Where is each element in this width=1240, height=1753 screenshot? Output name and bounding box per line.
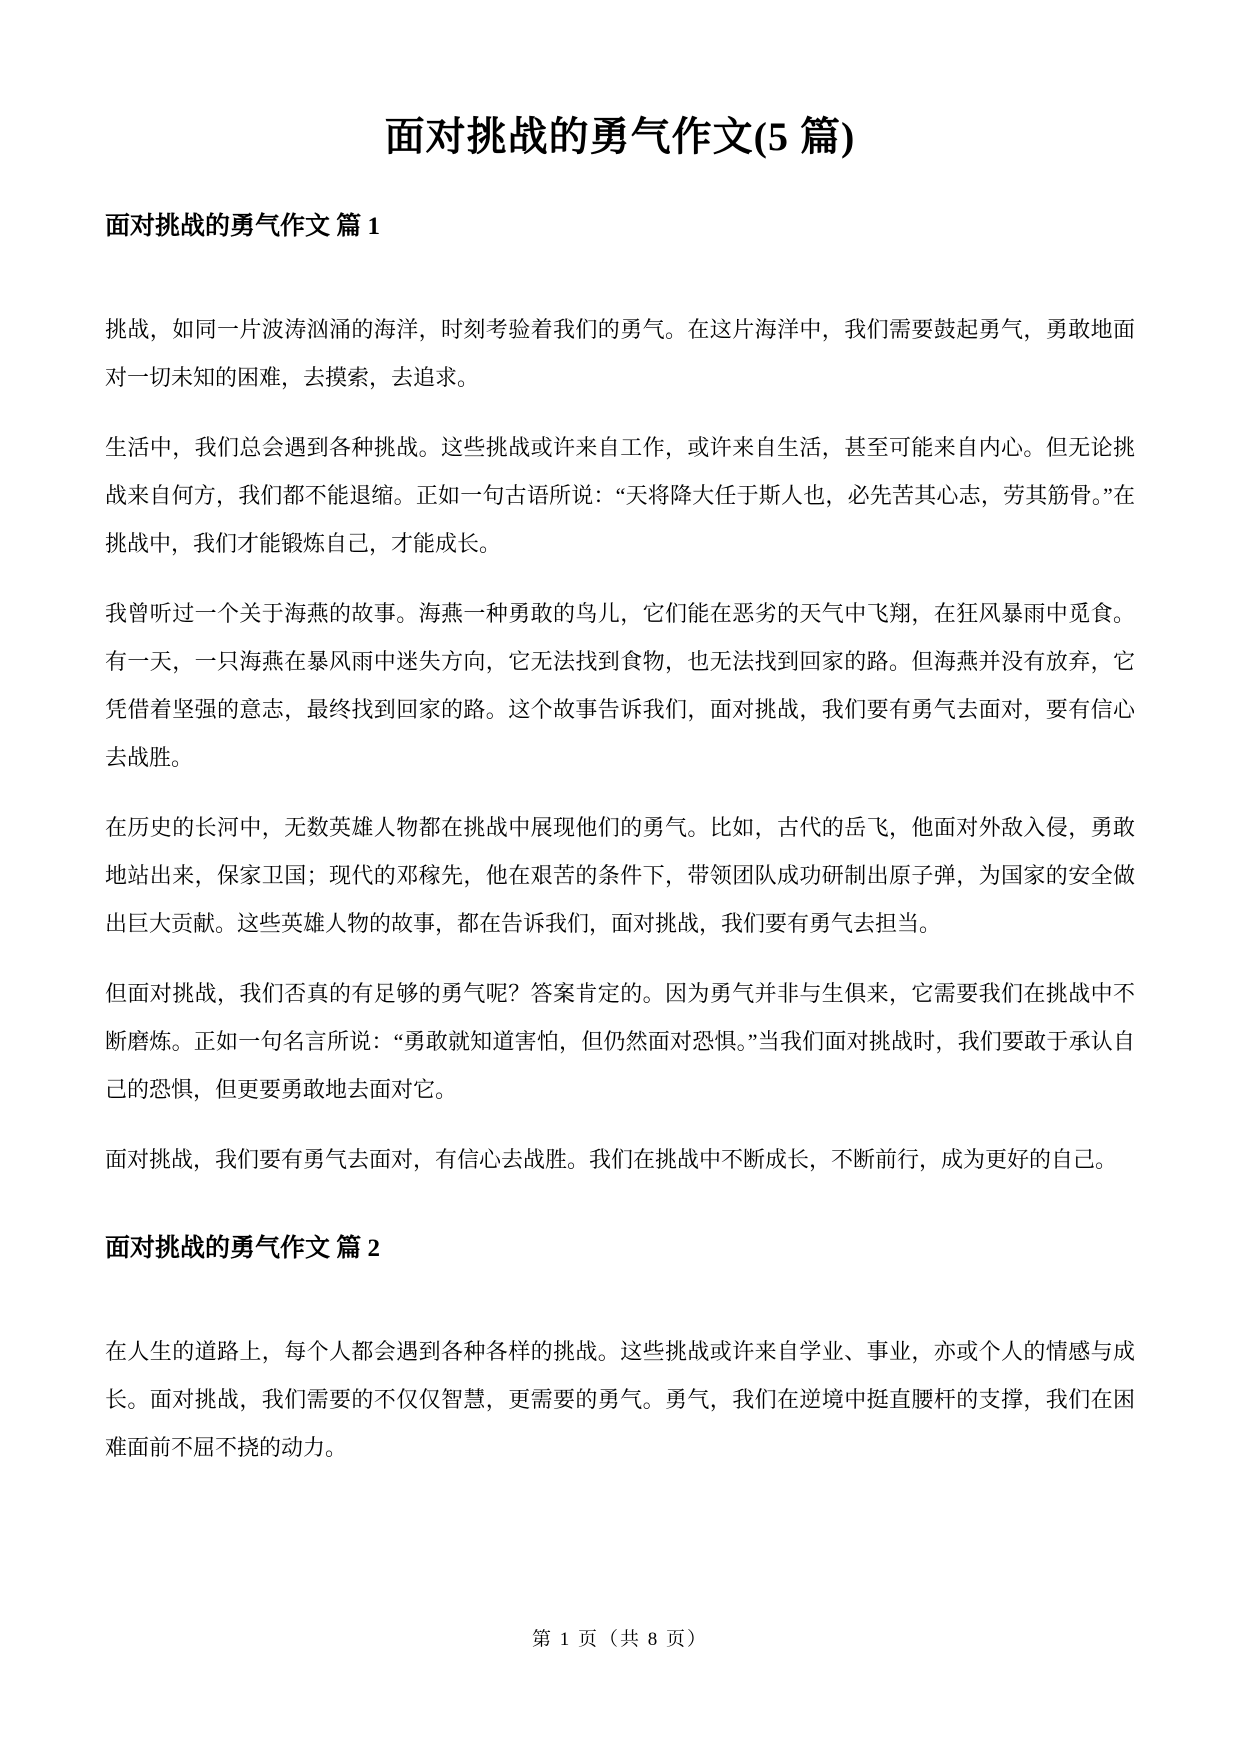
document-title: 面对挑战的勇气作文(5 篇) [105, 0, 1135, 162]
paragraph: 我曾听过一个关于海燕的故事。海燕一种勇敢的鸟儿，它们能在恶劣的天气中飞翔，在狂风… [105, 590, 1135, 782]
paragraph: 挑战，如同一片波涛汹涌的海洋，时刻考验着我们的勇气。在这片海洋中，我们需要鼓起勇… [105, 306, 1135, 402]
paragraph: 但面对挑战，我们否真的有足够的勇气呢？答案肯定的。因为勇气并非与生俱来，它需要我… [105, 970, 1135, 1114]
section-heading-2: 面对挑战的勇气作文 篇 2 [105, 1232, 1135, 1266]
paragraph: 生活中，我们总会遇到各种挑战。这些挑战或许来自工作，或许来自生活，甚至可能来自内… [105, 424, 1135, 568]
document-page: 面对挑战的勇气作文(5 篇) 面对挑战的勇气作文 篇 1 挑战，如同一片波涛汹涌… [0, 0, 1240, 1753]
section-heading-1: 面对挑战的勇气作文 篇 1 [105, 210, 1135, 244]
paragraph: 在历史的长河中，无数英雄人物都在挑战中展现他们的勇气。比如，古代的岳飞，他面对外… [105, 804, 1135, 948]
paragraph: 面对挑战，我们要有勇气去面对，有信心去战胜。我们在挑战中不断成长，不断前行，成为… [105, 1136, 1135, 1184]
paragraph: 在人生的道路上，每个人都会遇到各种各样的挑战。这些挑战或许来自学业、事业，亦或个… [105, 1328, 1135, 1472]
page-number-footer: 第 1 页（共 8 页） [0, 1627, 1240, 1653]
